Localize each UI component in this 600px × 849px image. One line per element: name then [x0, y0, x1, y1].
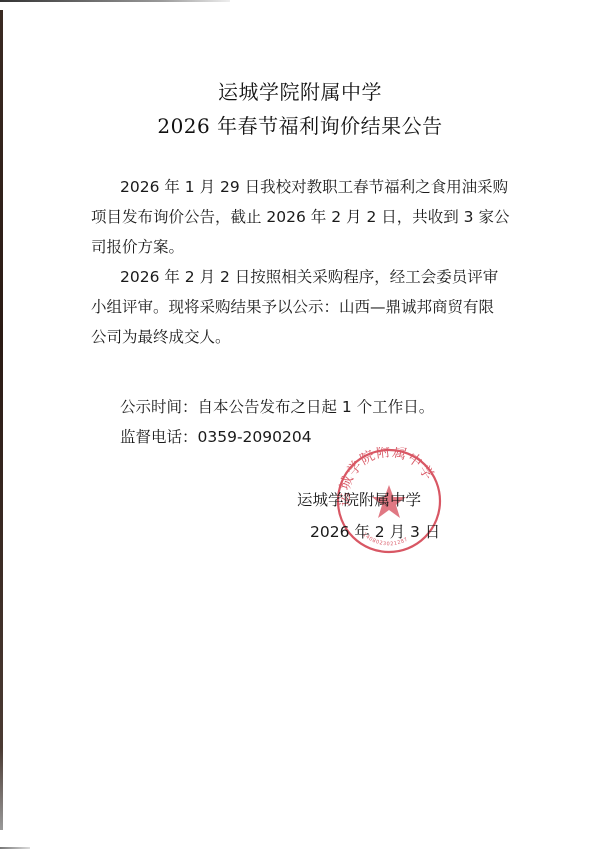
paragraph-line: 公司为最终成交人。 — [91, 322, 531, 352]
paragraph-line: 2026 年 1 月 29 日我校对教职工春节福利之食用油采购 — [91, 172, 531, 202]
paragraph-line: 2026 年 2 月 2 日按照相关采购程序，经工会委员评审 — [91, 262, 531, 292]
paragraph-line: 司报价方案。 — [91, 232, 531, 262]
paragraph-inquiry: 2026 年 1 月 29 日我校对教职工春节福利之食用油采购 项目发布询价公告… — [91, 172, 531, 262]
paragraph-line: 项目发布询价公告，截止 2026 年 2 月 2 日，共收到 3 家公 — [91, 202, 531, 232]
document-title-school: 运城学院附属中学 — [0, 80, 600, 104]
notice-period: 公示时间：自本公告发布之日起 1 个工作日。 — [120, 392, 434, 422]
notice-phone: 监督电话：0359-2090204 — [120, 422, 312, 452]
paragraph-line: 小组评审。现将采购结果予以公示：山西—鼎诚邦商贸有限 — [91, 292, 531, 322]
scan-edge-top — [0, 0, 230, 2]
signature-date: 2026 年 2 月 3 日 — [310, 517, 440, 547]
paragraph-result: 2026 年 2 月 2 日按照相关采购程序，经工会委员评审 小组评审。现将采购… — [91, 262, 531, 352]
document-title-announcement: 2026 年春节福利询价结果公告 — [0, 114, 600, 138]
signature-organization: 运城学院附属中学 — [297, 485, 421, 515]
